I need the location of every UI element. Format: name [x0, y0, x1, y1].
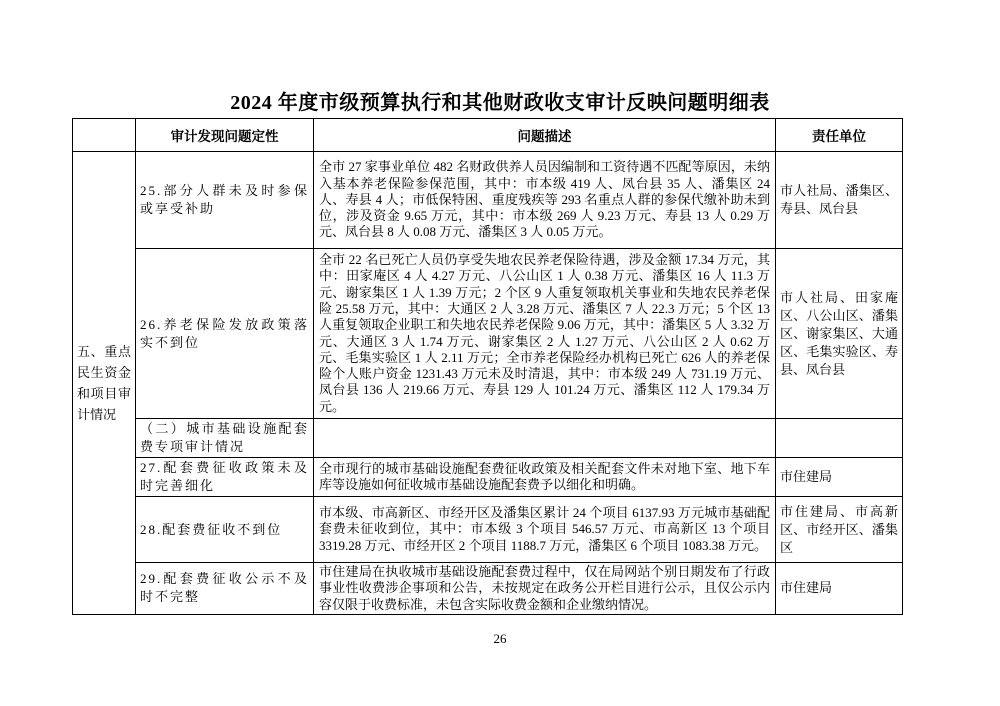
- table-row: 26.养老保险发放政策落实不到位 全市 22 名已死亡人员仍享受失地农民养老保险…: [73, 249, 903, 419]
- issue-label-cell: 29.配套费征收公示不及时不完整: [136, 563, 314, 615]
- issue-label-cell: 25.部分人群未及时参保或享受补助: [136, 152, 314, 249]
- description-cell: [314, 419, 776, 458]
- page-number: 26: [0, 631, 1000, 647]
- unit-cell: 市人社局、田家庵区、八公山区、潘集区、谢家集区、大通区、毛集实验区、寿县、凤台县: [776, 249, 903, 419]
- description-cell: 全市 27 家事业单位 482 名财政供养人员因编制和工资待遇不匹配等原因，未纳…: [314, 152, 776, 249]
- unit-cell: 市住建局、市高新区、市经开区、潘集区: [776, 497, 903, 563]
- issue-label-cell: 26.养老保险发放政策落实不到位: [136, 249, 314, 419]
- document-page: 2024 年度市级预算执行和其他财政收支审计反映问题明细表 审计发现问题定性 问…: [0, 0, 1000, 706]
- header-description: 问题描述: [314, 119, 776, 152]
- unit-cell: 市人社局、潘集区、寿县、凤台县: [776, 152, 903, 249]
- page-title: 2024 年度市级预算执行和其他财政收支审计反映问题明细表: [0, 86, 1000, 115]
- table-row: 五、重点民生资金和项目审计情况 25.部分人群未及时参保或享受补助 全市 27 …: [73, 152, 903, 249]
- header-responsible-unit: 责任单位: [776, 119, 903, 152]
- table-row: 27.配套费征收政策未及时完善细化 全市现行的城市基础设施配套费征收政策及相关配…: [73, 458, 903, 497]
- description-cell: 市本级、市高新区、市经开区及潘集区累计 24 个项目 6137.93 万元城市基…: [314, 497, 776, 563]
- issue-label-cell: 27.配套费征收政策未及时完善细化: [136, 458, 314, 497]
- table-row: 29.配套费征收公示不及时不完整 市住建局在执收城市基础设施配套费过程中，仅在局…: [73, 563, 903, 615]
- section-category-label: 五、重点民生资金和项目审计情况: [73, 152, 136, 615]
- subsection-label-cell: （二）城市基础设施配套费专项审计情况: [136, 419, 314, 458]
- header-corner-cell: [73, 119, 136, 152]
- unit-cell: 市住建局: [776, 563, 903, 615]
- unit-cell: [776, 419, 903, 458]
- header-issue-category: 审计发现问题定性: [136, 119, 314, 152]
- description-cell: 全市现行的城市基础设施配套费征收政策及相关配套文件未对地下室、地下车库等设施如何…: [314, 458, 776, 497]
- issue-label-cell: 28.配套费征收不到位: [136, 497, 314, 563]
- table-row: 28.配套费征收不到位 市本级、市高新区、市经开区及潘集区累计 24 个项目 6…: [73, 497, 903, 563]
- description-cell: 全市 22 名已死亡人员仍享受失地农民养老保险待遇，涉及金额 17.34 万元，…: [314, 249, 776, 419]
- unit-cell: 市住建局: [776, 458, 903, 497]
- description-cell: 市住建局在执收城市基础设施配套费过程中，仅在局网站个别日期发布了行政事业性收费涉…: [314, 563, 776, 615]
- table-row-section: （二）城市基础设施配套费专项审计情况: [73, 419, 903, 458]
- audit-table: 审计发现问题定性 问题描述 责任单位 五、重点民生资金和项目审计情况 25.部分…: [72, 118, 903, 615]
- table-header-row: 审计发现问题定性 问题描述 责任单位: [73, 119, 903, 152]
